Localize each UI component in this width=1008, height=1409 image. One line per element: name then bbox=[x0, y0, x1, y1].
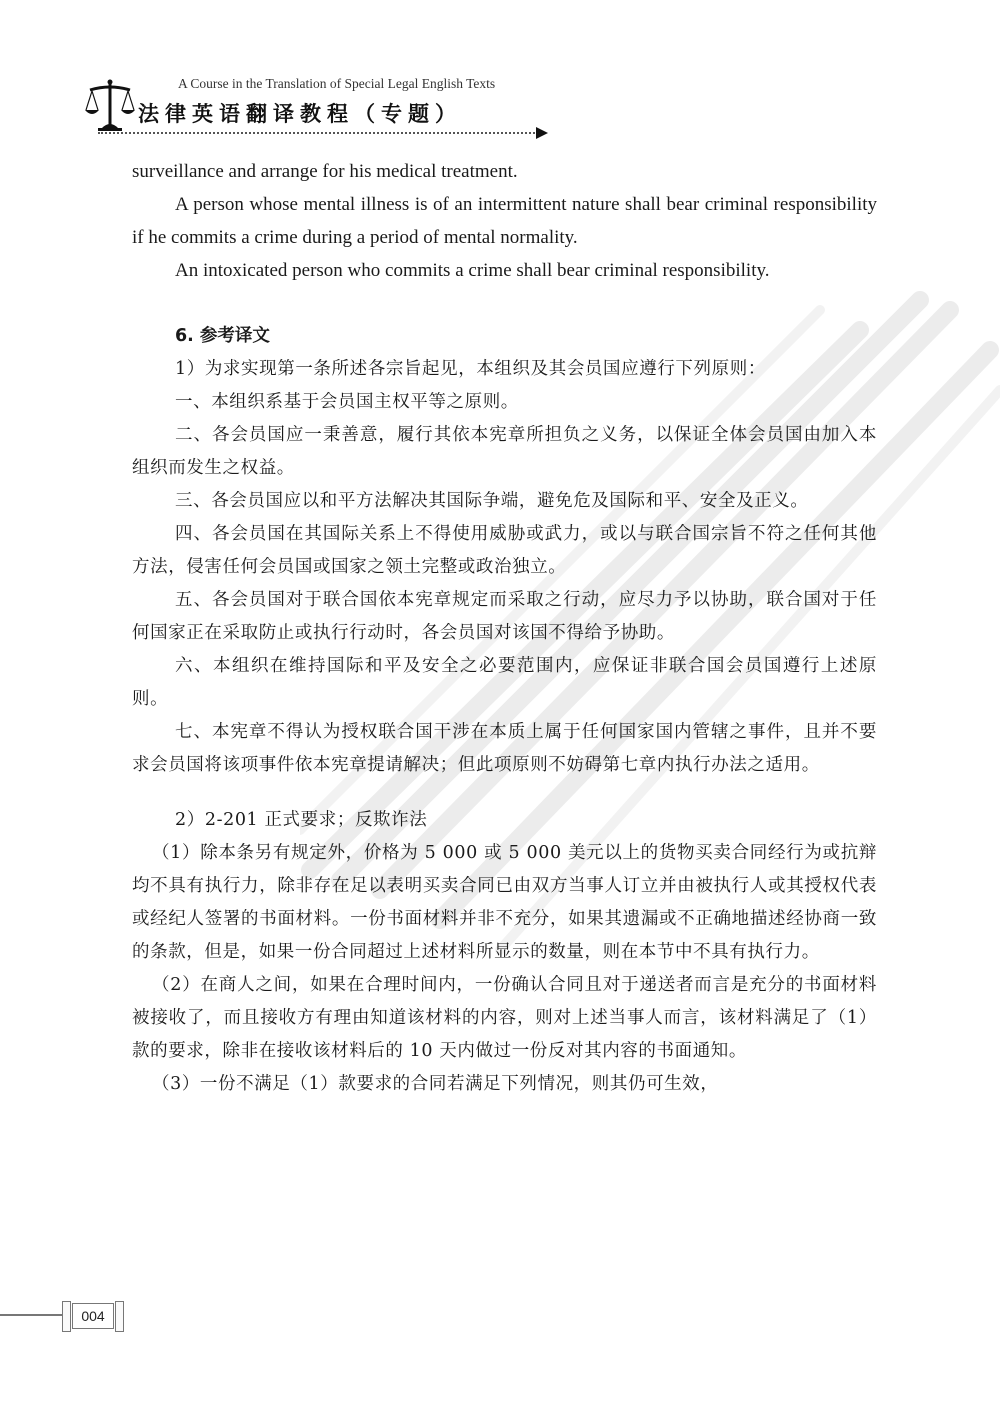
page-number-frame-left bbox=[62, 1301, 71, 1332]
paragraph: An intoxicated person who commits a crim… bbox=[132, 254, 877, 287]
paragraph: 五、各会员国对于联合国依本宪章规定而采取之行动，应尽力予以协助，联合国对于任何国… bbox=[132, 584, 877, 650]
book-subtitle-english: A Course in the Translation of Special L… bbox=[178, 76, 495, 92]
paragraph: 2）2-201 正式要求；反欺诈法 bbox=[132, 804, 877, 837]
paragraph: 六、本组织在维持国际和平及安全之必要范围内，应保证非联合国会员国遵行上述原则。 bbox=[132, 650, 877, 716]
book-title-chinese: 法律英语翻译教程（专题） bbox=[138, 98, 462, 128]
page-footer: 004 bbox=[0, 1290, 200, 1330]
paragraph: 四、各会员国在其国际关系上不得使用威胁或武力，或以与联合国宗旨不符之任何其他方法… bbox=[132, 518, 877, 584]
page-number-frame-right bbox=[115, 1301, 124, 1332]
header-dotted-rule bbox=[98, 132, 538, 134]
paragraph: 一、本组织系基于会员国主权平等之原则。 bbox=[132, 386, 877, 419]
paragraph: A person whose mental illness is of an i… bbox=[132, 188, 877, 254]
paragraph: （3）一份不满足（1）款要求的合同若满足下列情况，则其仍可生效， bbox=[132, 1068, 877, 1101]
paragraph: 三、各会员国应以和平方法解决其国际争端，避免危及国际和平、安全及正义。 bbox=[132, 485, 877, 518]
section-heading: 6. 参考译文 bbox=[132, 320, 877, 353]
paragraph: （2）在商人之间，如果在合理时间内，一份确认合同且对于递送者而言是充分的书面材料… bbox=[132, 969, 877, 1068]
paragraph: 七、本宪章不得认为授权联合国干涉在本质上属于任何国家国内管辖之事件，且并不要求会… bbox=[132, 716, 877, 782]
page-body: surveillance and arrange for his medical… bbox=[132, 155, 877, 1101]
arrow-right-icon bbox=[536, 127, 548, 139]
paragraph: surveillance and arrange for his medical… bbox=[132, 155, 877, 188]
paragraph: （1）除本条另有规定外，价格为 5 000 或 5 000 美元以上的货物买卖合… bbox=[132, 837, 877, 969]
scales-of-justice-icon bbox=[84, 78, 136, 134]
paragraph: 二、各会员国应一秉善意，履行其依本宪章所担负之义务，以保证全体会员国由加入本组织… bbox=[132, 419, 877, 485]
footer-rule bbox=[0, 1314, 62, 1316]
paragraph: 1）为求实现第一条所述各宗旨起见，本组织及其会员国应遵行下列原则： bbox=[132, 353, 877, 386]
running-header: A Course in the Translation of Special L… bbox=[78, 70, 558, 140]
page-number: 004 bbox=[72, 1303, 114, 1329]
